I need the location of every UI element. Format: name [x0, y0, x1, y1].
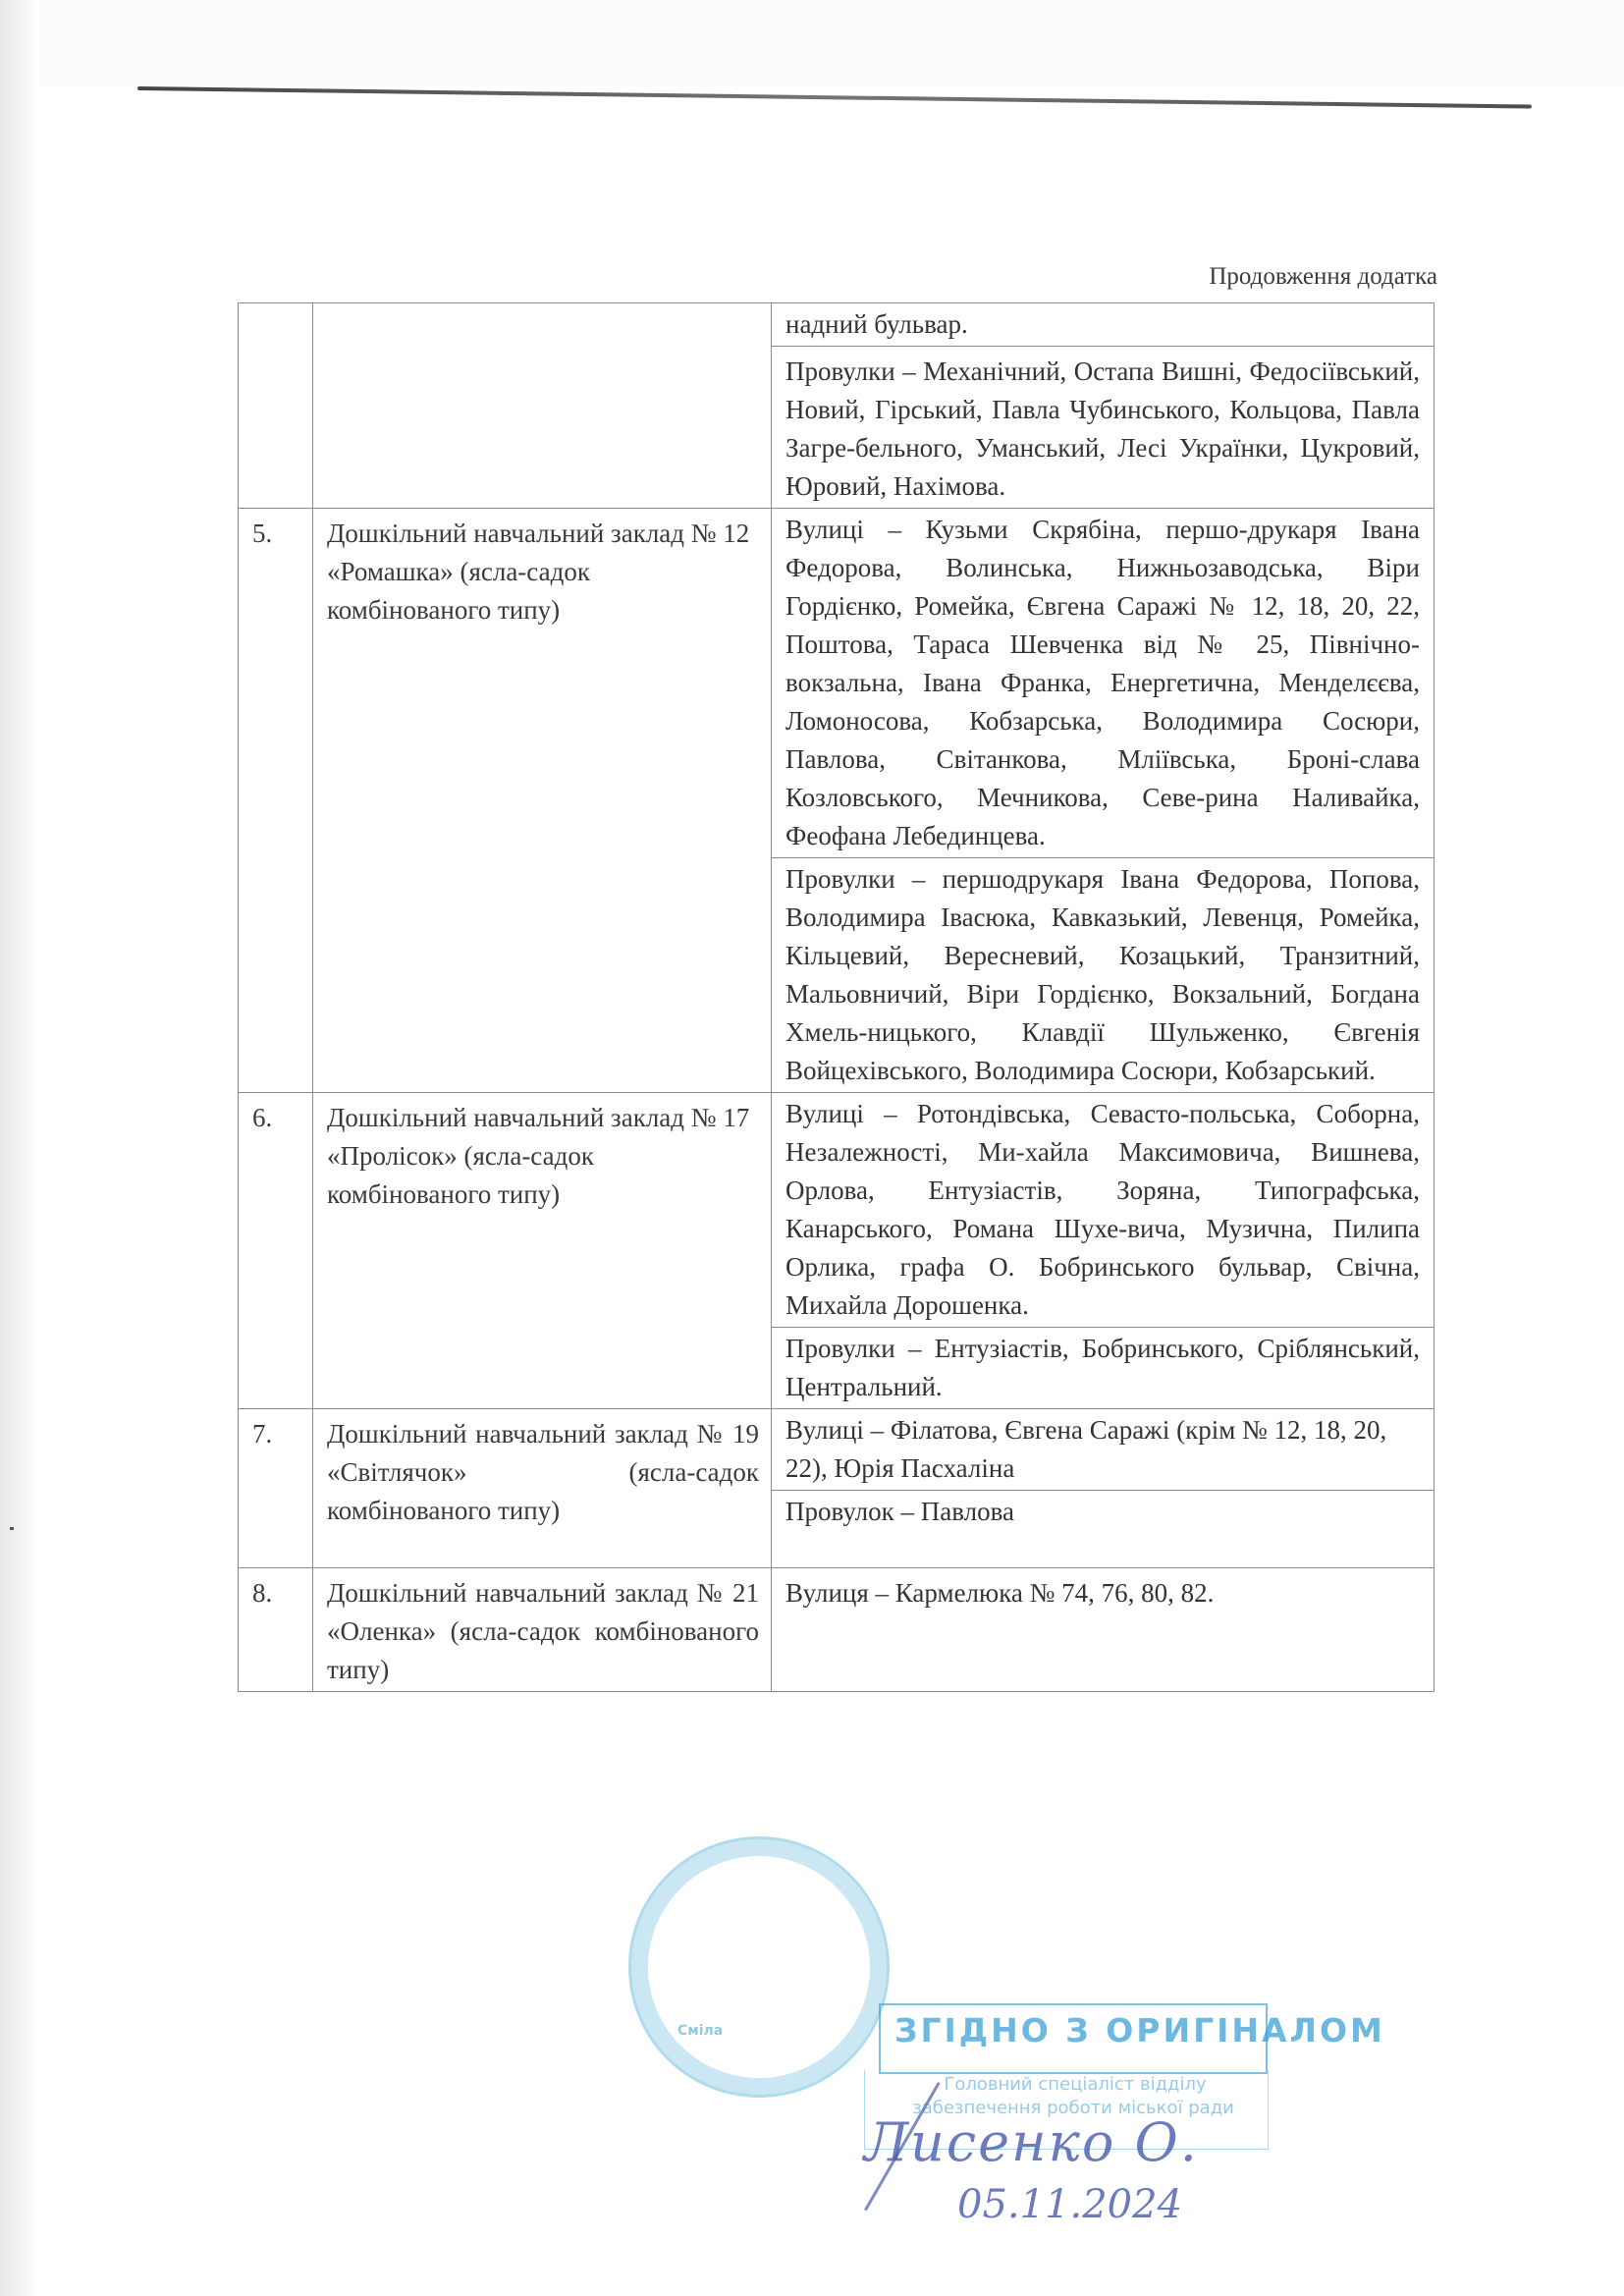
institution-name — [313, 303, 772, 509]
row-number: 7. — [239, 1409, 313, 1568]
round-seal-stamp — [628, 1836, 890, 2098]
scan-top-edge-line — [137, 86, 1532, 109]
row-number: 5. — [239, 509, 313, 1093]
table-row: 7. Дошкільний навчальний заклад № 19 «Св… — [239, 1409, 1435, 1491]
table-row: 8. Дошкільний навчальний заклад № 21 «Ол… — [239, 1568, 1435, 1692]
streets-cell: Вулиці – Ротондівська, Севасто-польська,… — [772, 1093, 1435, 1328]
streets-cell: Вулиці – Кузьми Скрябіна, першо-друкаря … — [772, 509, 1435, 858]
lanes-cell: Провулки – Ентузіастів, Бобринського, Ср… — [772, 1328, 1435, 1409]
streets-cell: Вулиці – Філатова, Євгена Саражі (крім №… — [772, 1409, 1435, 1491]
round-seal-text: Сміла — [677, 2023, 723, 2039]
institution-name: Дошкільний навчальний заклад № 12 «Ромаш… — [313, 509, 772, 1093]
institution-name: Дошкільний навчальний заклад № 21 «Оленк… — [313, 1568, 772, 1692]
table-row: 5. Дошкільний навчальний заклад № 12 «Ро… — [239, 509, 1435, 858]
row-number: 6. — [239, 1093, 313, 1409]
institution-name: Дошкільний навчальний заклад № 19 «Світл… — [313, 1409, 772, 1568]
streets-cell: Вулиця – Кармелюка № 74, 76, 80, 82. — [772, 1568, 1435, 1692]
row-number — [239, 303, 313, 509]
scan-top-margin — [0, 0, 1624, 86]
kindergarten-districts-table: надний бульвар. Провулки – Механічний, О… — [238, 302, 1435, 1692]
scan-left-edge — [0, 0, 39, 2296]
handwritten-date: 05.11.2024 — [957, 2182, 1182, 2227]
lanes-cell: Провулки – Механічний, Остапа Вишні, Фед… — [772, 347, 1435, 509]
institution-name: Дошкільний навчальний заклад № 17 «Пролі… — [313, 1093, 772, 1409]
lanes-cell: Провулок – Павлова — [772, 1491, 1435, 1568]
lanes-cell: Провулки – першодрукаря Івана Федорова, … — [772, 858, 1435, 1093]
certification-stamp-title: ЗГІДНО З ОРИГІНАЛОМ — [894, 2011, 1385, 2050]
table-row: 6. Дошкільний навчальний заклад № 17 «Пр… — [239, 1093, 1435, 1328]
certification-stamp: ЗГІДНО З ОРИГІНАЛОМ — [879, 2003, 1268, 2074]
row-number: 8. — [239, 1568, 313, 1692]
table-row: надний бульвар. — [239, 303, 1435, 347]
streets-cell: надний бульвар. — [772, 303, 1435, 347]
handwritten-signature: Лисенко О. — [864, 2111, 1199, 2173]
scan-speck — [10, 1527, 14, 1530]
continuation-note: Продовження додатка — [1209, 263, 1437, 291]
certification-stamp-position: Головний спеціаліст відділу — [884, 2074, 1267, 2095]
